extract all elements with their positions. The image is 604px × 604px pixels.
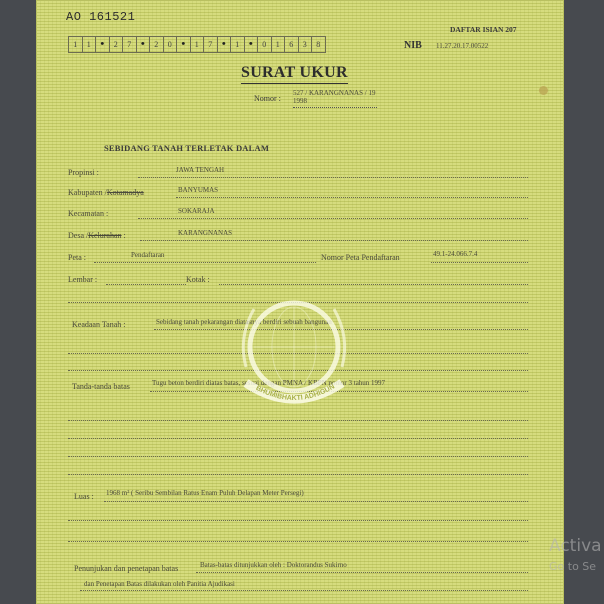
registry-digit-box: 1 xyxy=(190,36,205,53)
luas-label: Luas : xyxy=(74,492,94,501)
registry-digit-box: • xyxy=(244,36,259,53)
penunjukan-line-2 xyxy=(80,590,528,591)
windows-activation-title: Activa xyxy=(549,536,602,556)
blank-line xyxy=(68,541,528,542)
peta-value: Pendaftaran xyxy=(131,251,164,259)
peta-line xyxy=(94,262,316,263)
registry-digit-box: 2 xyxy=(149,36,164,53)
nomor-peta-label: Nomor Peta Pendaftaran xyxy=(321,253,400,262)
form-code: DAFTAR ISIAN 207 xyxy=(450,25,517,34)
registry-digit-box: 0 xyxy=(257,36,272,53)
nomor-peta-line xyxy=(431,262,528,263)
registry-digit-box: 2 xyxy=(109,36,124,53)
nib-value: 11.27.20.17.00522 xyxy=(436,42,488,50)
peta-label: Peta : xyxy=(68,253,86,262)
propinsi-label: Propinsi : xyxy=(68,168,99,177)
nomor-label: Nomor : xyxy=(254,94,281,103)
propinsi-value: JAWA TENGAH xyxy=(176,166,224,174)
kabupaten-label: Kabupaten /Kotamadya xyxy=(68,188,144,197)
blank-line xyxy=(68,474,528,475)
registry-digit-box: • xyxy=(136,36,151,53)
propinsi-line xyxy=(138,177,528,178)
penunjukan-label: Penunjukan dan penetapan batas xyxy=(74,564,178,573)
registry-digit-box: 1 xyxy=(230,36,245,53)
registry-digit-box: 7 xyxy=(122,36,137,53)
document-page: AO 161521 11•27•20•17•1•01638 DAFTAR ISI… xyxy=(36,0,564,604)
kotak-line xyxy=(219,284,528,285)
penunjukan-line xyxy=(196,572,528,573)
registry-digit-box: 1 xyxy=(68,36,83,53)
registry-digit-box: 7 xyxy=(203,36,218,53)
blank-line xyxy=(68,520,528,521)
windows-activation-link[interactable]: Go to Se xyxy=(549,560,596,573)
nomor-peta-value: 49.1-24.066.7.4 xyxy=(433,250,477,258)
blank-line xyxy=(68,456,528,457)
penunjukan-value: Batas-batas ditunjukkan oleh : Doktorand… xyxy=(200,561,347,569)
registry-digit-box: • xyxy=(176,36,191,53)
registry-number-boxes: 11•27•20•17•1•01638 xyxy=(69,36,326,53)
desa-line xyxy=(140,240,528,241)
penunjukan-value-2: dan Penetapan Batas dilakukan oleh Panit… xyxy=(84,580,235,588)
blank-line xyxy=(68,420,528,421)
blank-line xyxy=(68,438,528,439)
lembar-label: Lembar : xyxy=(68,275,97,284)
registry-digit-box: 3 xyxy=(298,36,313,53)
registry-digit-box: 1 xyxy=(271,36,286,53)
keadaan-tanah-label: Keadaan Tanah : xyxy=(72,320,126,329)
bpn-emblem-watermark: BHUMIBHAKTI ADHIGUNA xyxy=(232,287,356,411)
registry-digit-box: 8 xyxy=(311,36,326,53)
kabupaten-value: BANYUMAS xyxy=(178,186,218,194)
desa-label: Desa /Kelurahan : xyxy=(68,231,126,240)
desa-value: KARANGNANAS xyxy=(178,229,232,237)
kecamatan-label: Kecamatan : xyxy=(68,209,108,218)
kecamatan-value: SOKARAJA xyxy=(178,207,215,215)
nib-label: NIB xyxy=(404,40,422,51)
section-heading: SEBIDANG TANAH TERLETAK DALAM xyxy=(104,143,269,153)
registry-digit-box: 0 xyxy=(163,36,178,53)
luas-line xyxy=(104,501,528,502)
kabupaten-line xyxy=(176,197,528,198)
kotak-label: Kotak : xyxy=(186,275,210,284)
serial-number: AO 161521 xyxy=(66,10,135,24)
registry-digit-box: 6 xyxy=(284,36,299,53)
registry-digit-box: 1 xyxy=(82,36,97,53)
document-title: SURAT UKUR xyxy=(241,64,348,84)
registry-digit-box: • xyxy=(95,36,110,53)
kecamatan-line xyxy=(138,218,528,219)
nomor-value: 527 / KARANGNANAS / 19 1998 xyxy=(293,89,377,108)
registry-digit-box: • xyxy=(217,36,232,53)
lembar-line xyxy=(106,284,186,285)
stamp-mark xyxy=(539,86,548,95)
tanda-batas-label: Tanda-tanda batas xyxy=(72,382,130,391)
luas-value: 1968 m² ( Seribu Sembilan Ratus Enam Pul… xyxy=(106,489,304,497)
